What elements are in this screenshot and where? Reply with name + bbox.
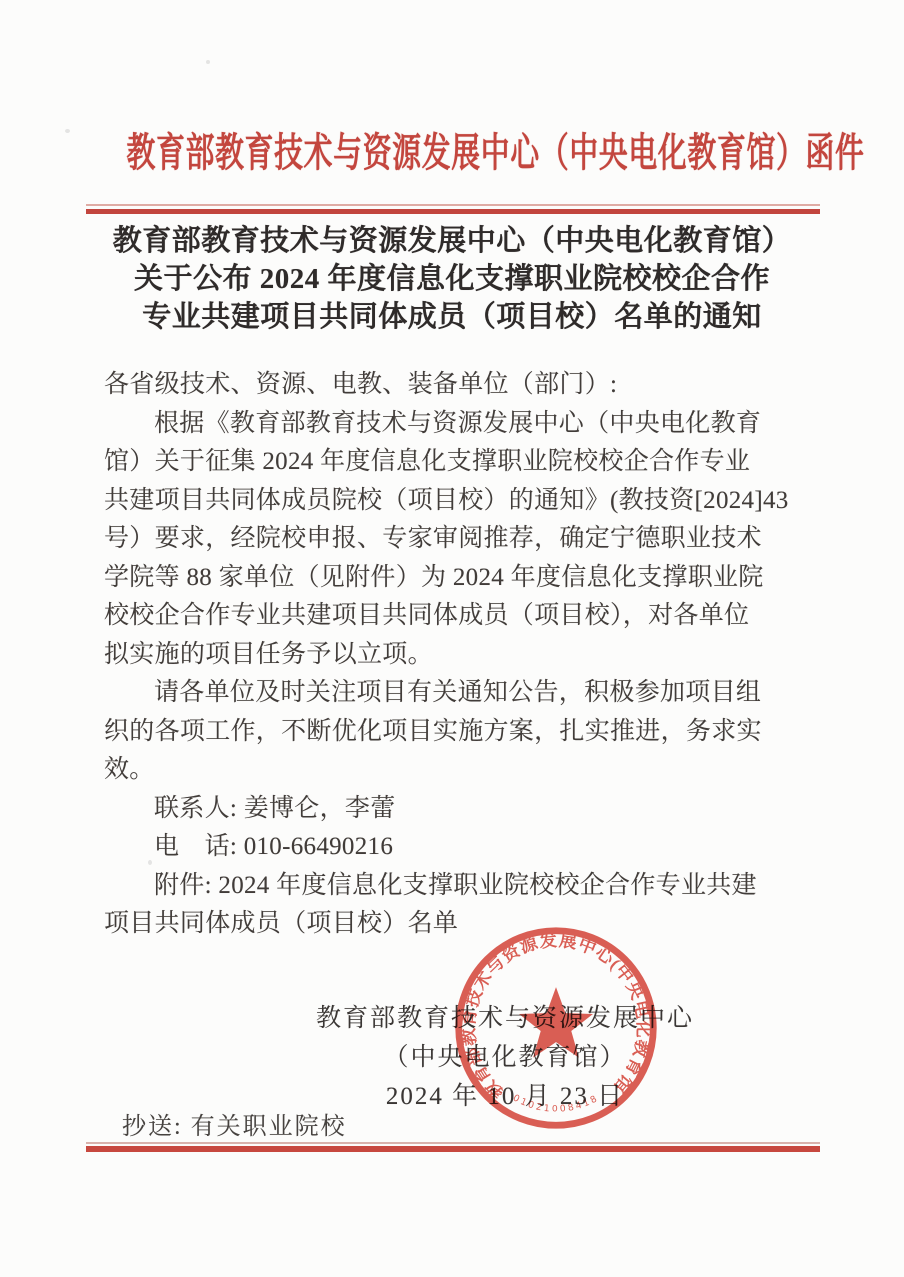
contact-person-line: 联系人: 姜博仑，李蕾 [104, 790, 816, 829]
seal-serial-number: 01021008418 [511, 1093, 601, 1115]
paragraph-request: 请各单位及时关注项目有关通知公告，积极参加项目组 织的各项工作，不断优化项目实施… [104, 674, 816, 790]
official-seal: 教育部教育技术与资源发展中心(中央电化教育馆) 01021008418 [449, 921, 663, 1135]
document-title: 教育部教育技术与资源发展中心（中央电化教育馆） 关于公布 2024 年度信息化支… [40, 222, 864, 336]
scan-artifact [65, 129, 70, 133]
footer-divider [86, 1142, 820, 1152]
salutation-line: 各省级技术、资源、电教、装备单位（部门）: [104, 366, 816, 405]
cc-line: 抄送: 有关职业院校 [122, 1106, 347, 1141]
seal-star-icon [519, 987, 593, 1057]
svg-text:01021008418: 01021008418 [511, 1093, 601, 1115]
scan-artifact [206, 60, 210, 64]
paragraph-basis: 根据《教育部教育技术与资源发展中心（中央电化教育 馆）关于征集 2024 年度信… [104, 405, 816, 675]
document-body: 各省级技术、资源、电教、装备单位（部门）: 根据《教育部教育技术与资源发展中心（… [104, 366, 816, 944]
document-page: 教育部教育技术与资源发展中心（中央电化教育馆）函件 教育部教育技术与资源发展中心… [0, 0, 904, 1277]
letterhead-banner: 教育部教育技术与资源发展中心（中央电化教育馆）函件 [127, 127, 778, 179]
contact-phone-line: 电 话: 010-66490216 [104, 828, 816, 867]
banner-divider [86, 204, 820, 214]
